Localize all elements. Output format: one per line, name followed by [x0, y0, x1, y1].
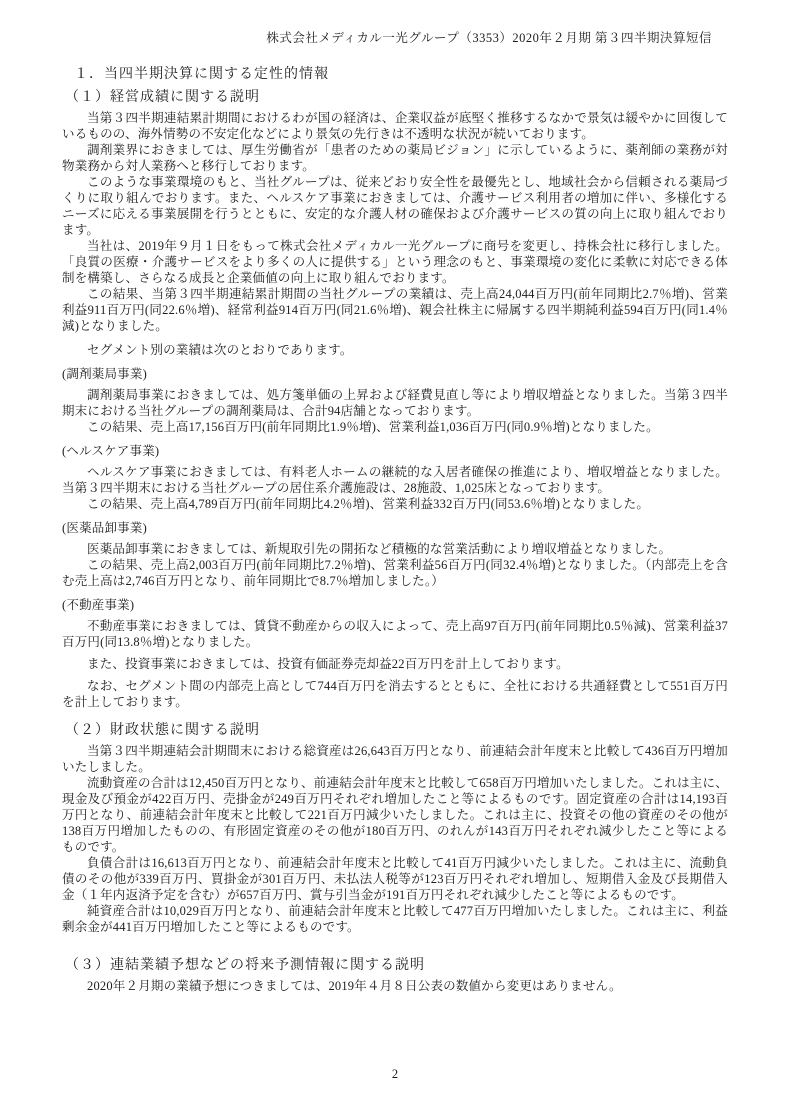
- subsection-financial-position: （２）財政状態に関する説明 当第３四半期連結会計期間末における総資産は26,64…: [62, 722, 728, 935]
- para-pharmacy-industry: 調剤業界におきましては、厚生労働省が「患者のための薬局ビジョン」に示しているよう…: [62, 142, 728, 174]
- segment-healthcare-description: ヘルスケア事業におきましては、有料老人ホームの継続的な入居者確保の推進により、増…: [62, 464, 728, 496]
- segment-real-estate-heading: (不動産事業): [62, 597, 728, 613]
- segment-wholesale-results: この結果、売上高2,003百万円(前年同期比7.2％増)、営業利益56百万円(同…: [62, 557, 728, 589]
- para-business-environment: このような事業環境のもと、当社グループは、従来どおり安全性を最優先とし、地域社会…: [62, 174, 728, 238]
- document-body: １．当四半期決算に関する定性的情報 （１）経営成績に関する説明 当第３四半期連結…: [62, 66, 728, 994]
- segment-pharmacy-description: 調剤薬局事業におきましては、処方箋単価の上昇および経費見直し等により増収増益とな…: [62, 387, 728, 419]
- para-forecast-unchanged: 2020年２月期の業績予想につきましては、2019年４月８日公表の数値から変更は…: [62, 978, 728, 994]
- para-economy-overview: 当第３四半期連結累計期間におけるわが国の経済は、企業収益が底堅く推移するなかで景…: [62, 110, 728, 142]
- segment-pharmacy-results: この結果、売上高17,156百万円(前年同期比1.9％増)、営業利益1,036百…: [62, 419, 728, 435]
- para-consolidated-results: この結果、当第３四半期連結累計期間の当社グループの業績は、売上高24,044百万…: [62, 286, 728, 334]
- segment-wholesale-description: 医薬品卸事業におきましては、新規取引先の開拓など積極的な営業活動により増収増益と…: [62, 541, 728, 557]
- segment-healthcare-heading: (ヘルスケア事業): [62, 443, 728, 459]
- note-intersegment-elimination: なお、セグメント間の内部売上高として744百万円を消去するとともに、全社における…: [62, 678, 728, 710]
- subsection-forecast-title: （３）連結業績予想などの将来予測情報に関する説明: [62, 957, 728, 975]
- segment-real-estate-results: 不動産事業におきましては、賃貸不動産からの収入によって、売上高97百万円(前年同…: [62, 618, 728, 650]
- subsection-management-title: （１）経営成績に関する説明: [62, 89, 728, 107]
- segment-real-estate: (不動産事業) 不動産事業におきましては、賃貸不動産からの収入によって、売上高9…: [62, 597, 728, 650]
- subsection-forecast: （３）連結業績予想などの将来予測情報に関する説明 2020年２月期の業績予想につ…: [62, 957, 728, 994]
- subsection-management-results: （１）経営成績に関する説明 当第３四半期連結累計期間におけるわが国の経済は、企業…: [62, 89, 728, 710]
- segment-pharmacy-heading: (調剤薬局事業): [62, 366, 728, 382]
- segment-pharmaceutical-wholesale: (医薬品卸事業) 医薬品卸事業におきましては、新規取引先の開拓など積極的な営業活…: [62, 520, 728, 589]
- para-holding-company-transition: 当社は、2019年９月１日をもって株式会社メディカル一光グループに商号を変更し、…: [62, 238, 728, 286]
- para-total-assets: 当第３四半期連結会計期間末における総資産は26,643百万円となり、前連結会計年…: [62, 743, 728, 775]
- segment-wholesale-heading: (医薬品卸事業): [62, 520, 728, 536]
- para-current-fixed-assets: 流動資産の合計は12,450百万円となり、前連結会計年度末と比較して658百万円…: [62, 775, 728, 855]
- document-header-title: 株式会社メディカル一光グループ（3353）2020年２月期 第３四半期決算短信: [62, 30, 712, 46]
- page-number: 2: [0, 1066, 790, 1082]
- document-page: 株式会社メディカル一光グループ（3353）2020年２月期 第３四半期決算短信 …: [0, 0, 790, 1118]
- segment-healthcare: (ヘルスケア事業) ヘルスケア事業におきましては、有料老人ホームの継続的な入居者…: [62, 443, 728, 512]
- para-net-assets: 純資産合計は10,029百万円となり、前連結会計年度末と比較して477百万円増加…: [62, 903, 728, 935]
- para-liabilities: 負債合計は16,613百万円となり、前連結会計年度末と比較して41百万円減少いた…: [62, 855, 728, 903]
- segment-healthcare-results: この結果、売上高4,789百万円(前年同期比4.2％増)、営業利益332百万円(…: [62, 496, 728, 512]
- segment-intro-line: セグメント別の業績は次のとおりであります。: [62, 342, 728, 358]
- note-investment-business: また、投資事業におきましては、投資有価証券売却益22百万円を計上しております。: [62, 656, 728, 672]
- subsection-financial-title: （２）財政状態に関する説明: [62, 722, 728, 740]
- segment-pharmacy: (調剤薬局事業) 調剤薬局事業におきましては、処方箋単価の上昇および経費見直し等…: [62, 366, 728, 435]
- section-qualitative-title: １．当四半期決算に関する定性的情報: [62, 66, 728, 84]
